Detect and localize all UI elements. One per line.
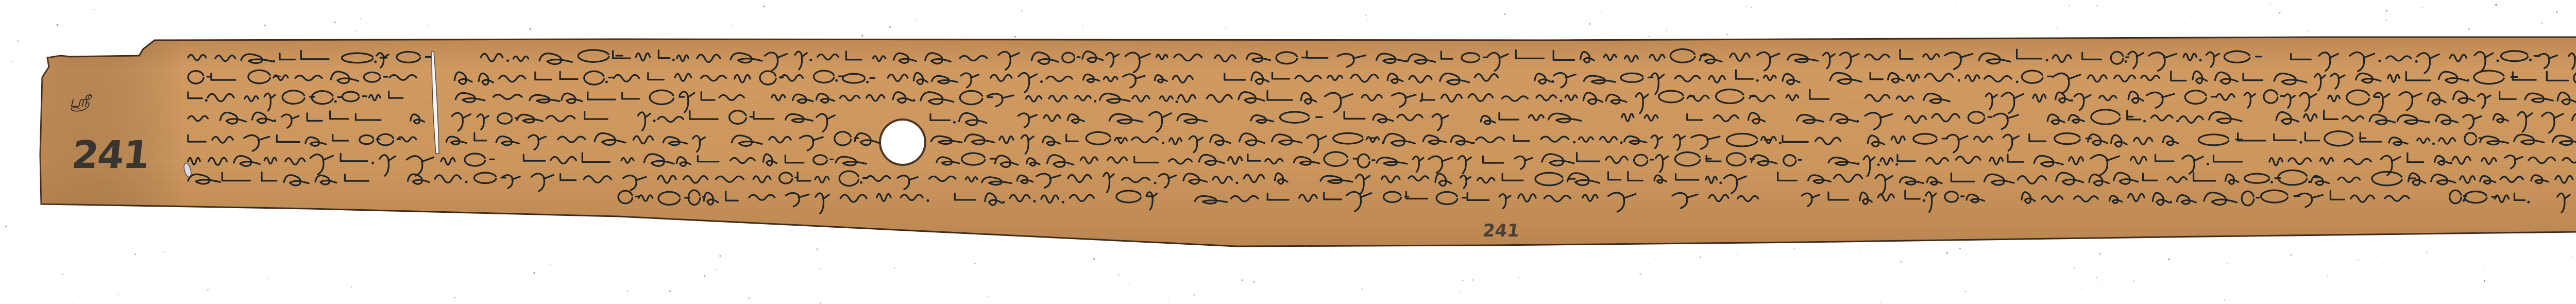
palm-leaf <box>40 37 2576 246</box>
manuscript-scan <box>0 0 2576 304</box>
margin-note-left: ஸ்ரீ <box>70 93 90 113</box>
folio-mark-left: 241 <box>70 133 151 177</box>
folio-mark-bottom: 241 <box>1482 221 1520 241</box>
string-hole <box>880 120 925 165</box>
